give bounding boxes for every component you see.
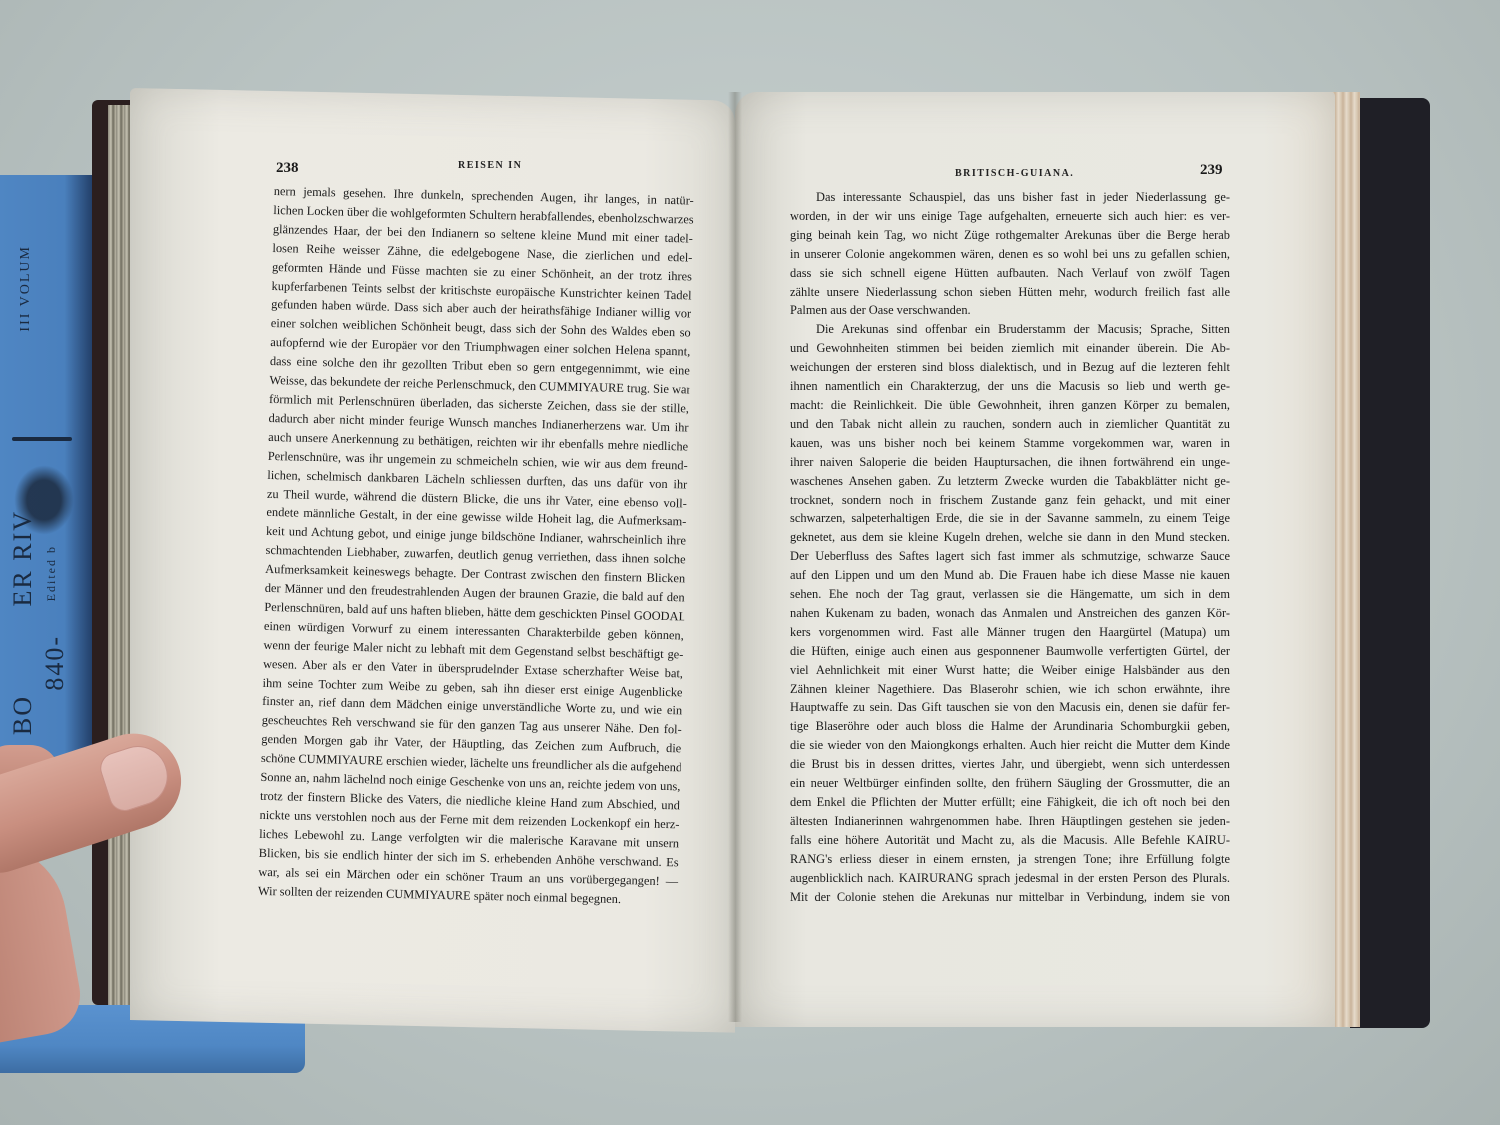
text-line: falls eine höhere Autorität und Macht zu… <box>790 831 1230 850</box>
spine-text-river: ER RIV <box>8 510 38 607</box>
text-line: geknetet, aus dem sie kleine Kugeln dreh… <box>790 528 1230 547</box>
text-line: dem Enkel die Pflichten der Mutter erfül… <box>790 793 1230 812</box>
text-line: die sie wieder von den Maiongkongs erhal… <box>790 736 1230 755</box>
text-line: ihrer naiven Saloperie die beiden Hauptu… <box>790 453 1230 472</box>
text-line: zählte unsere Niederlassung schon sieben… <box>790 283 1230 302</box>
text-line: schwarzen, salpeterhaltigen Erde, die si… <box>790 509 1230 528</box>
text-line: Palmen aus der Oase verschwanden. <box>790 301 1230 320</box>
text-line: augenblicklich nach. KAIRURANG sprach je… <box>790 869 1230 888</box>
spine-ornament-divider <box>12 437 72 441</box>
text-line: in unserer Colonie angekommen wären, den… <box>790 245 1230 264</box>
right-running-head: BRITISCH-GUIANA. <box>955 168 1074 179</box>
text-line: nahen Kukenam zu baden, wonach das Anmal… <box>790 604 1230 623</box>
text-line: ihnen namentlich ein Charakterzug, der u… <box>790 377 1230 396</box>
text-line: viel Aehnlichkeit mit einer Wurst hatte;… <box>790 661 1230 680</box>
text-line: macht: die Reinlichkeit. Die üble Gewohn… <box>790 396 1230 415</box>
text-line: ein neuer Weltbürger einfinden sollte, d… <box>790 774 1230 793</box>
text-line: Mit der Colonie stehen die Arekunas nur … <box>790 888 1230 907</box>
text-line: waschenes Ansehen gaben. Zu letzterm Zwe… <box>790 472 1230 491</box>
text-line: kers vorgenommen wird. Fast alle Männer … <box>790 623 1230 642</box>
text-line: weichungen der ersteren sind bloss diale… <box>790 358 1230 377</box>
book-cover-right <box>1350 98 1430 1028</box>
text-line: dass sie sich schnell eigene Hütten aufb… <box>790 264 1230 283</box>
spine-text-edited: Edited b <box>44 545 59 601</box>
text-line: kauen, was uns bisher noch bei keinem St… <box>790 434 1230 453</box>
book-gutter <box>728 92 742 1022</box>
text-line: Das interessante Schauspiel, das uns bis… <box>790 188 1230 207</box>
text-line: die Hüften, einige auch einen aus gespon… <box>790 642 1230 661</box>
text-line: trocknet, sondern noch in frischem Zusta… <box>790 491 1230 510</box>
text-line: sehen. Ehe noch der Tag graut, verlassen… <box>790 585 1230 604</box>
text-line: auf den Lippen und um den Mund ab. Die F… <box>790 566 1230 585</box>
text-line: ältesten Indianerinnen wahrgenommen habe… <box>790 812 1230 831</box>
text-line: RANG's erliess dieser in einem ernsten, … <box>790 850 1230 869</box>
text-line: ging beinah kein Tag, wo nicht Züge roth… <box>790 226 1230 245</box>
thumbnail <box>96 738 175 815</box>
text-line: und Gewohnheiten stimmen bei beiden ziem… <box>790 339 1230 358</box>
text-line: Hauptwaffe zu sein. Das Gift tauschen si… <box>790 698 1230 717</box>
spine-text-volume: III VOLUM <box>18 245 34 332</box>
text-line: tige Blaseröhre oder auch bloss die Halm… <box>790 717 1230 736</box>
right-page-body: Das interessante Schauspiel, das uns bis… <box>790 188 1230 906</box>
text-line: worden, in der wir uns einige Tage aufge… <box>790 207 1230 226</box>
underlying-blue-book: III VOLUM ER RIV Edited b 840- HE BO <box>0 175 92 775</box>
spine-text-date: 840- <box>40 635 70 691</box>
text-line: die Brust bis in dessen drittes, viertes… <box>790 755 1230 774</box>
right-page-number: 239 <box>1200 162 1223 179</box>
text-line: Der Ueberfluss des Saftes lagert sich fa… <box>790 547 1230 566</box>
left-running-head: REISEN IN <box>458 160 522 171</box>
left-page-number: 238 <box>276 160 299 177</box>
left-page-body: nern jemals gesehen. Ihre dunkeln, sprec… <box>258 182 694 910</box>
text-line: Zähnen kleiner Nagethiere. Das Blaserohr… <box>790 680 1230 699</box>
text-line: und den Tabak nicht allein zu rauchen, s… <box>790 415 1230 434</box>
text-line: Die Arekunas sind offenbar ein Brudersta… <box>790 320 1230 339</box>
